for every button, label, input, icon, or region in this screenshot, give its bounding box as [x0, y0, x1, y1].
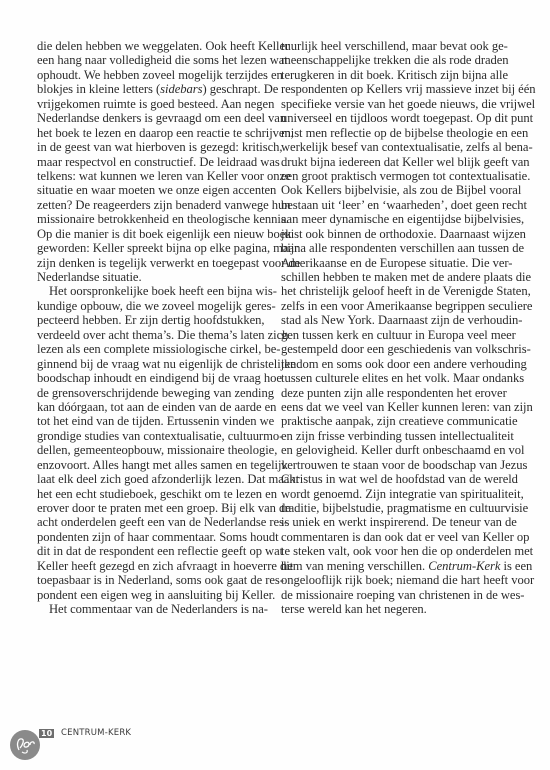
text-line: pondenten zijn of haar commentaar. Soms … [37, 530, 263, 544]
text-line: mist men reflectie op de bijbelse theolo… [281, 126, 513, 140]
text-line: eens dat we veel van Keller kunnen leren… [281, 400, 513, 414]
text-line: pecteerd hebben. Er zijn dertig hoofdstu… [37, 313, 263, 327]
text-line: Christus in wat wel de hoofdstad van de … [281, 472, 513, 486]
book-page: die delen hebben we weggelaten. Ook heef… [0, 0, 550, 770]
running-head: CENTRUM-KERK [61, 728, 131, 738]
text-line: dellen, gemeenteopbouw, missionaire theo… [37, 443, 263, 457]
text-line: Keller heeft gezegd en zich afvraagt in … [37, 559, 263, 573]
text-line: boodschap inhoudt en eindigend bij de vr… [37, 371, 263, 385]
text-line: blokjes in kleine letters (sidebars) ges… [37, 82, 263, 96]
text-line: het een echt studieboek, geschikt om te … [37, 487, 263, 501]
bol-watermark-icon [10, 730, 40, 760]
text-line: ophoudt. We hebben zoveel mogelijk terzi… [37, 68, 263, 82]
text-line: ginnend bij de vraag wat nu eigenlijk de… [37, 357, 263, 371]
text-line: te steken valt, ook voor hen die op onde… [281, 544, 513, 558]
text-line: tot het eind van de tijden. Ertussenin v… [37, 414, 263, 428]
text-line: schillen hebben te maken met de andere p… [281, 270, 513, 284]
text-line: meenschappelijke trekken die als rode dr… [281, 53, 513, 67]
text-line: lezen als een complete missiologische ci… [37, 342, 263, 356]
text-fragment: blokjes in kleine letters ( [37, 82, 160, 96]
text-line: die delen hebben we weggelaten. Ook heef… [37, 39, 263, 53]
text-line: kan dóórgaan, tot aan de einden van de a… [37, 400, 263, 414]
text-line: respondenten op Kellers vrij massieve in… [281, 82, 513, 96]
text-line: erover door te praten met een groep. Bij… [37, 501, 263, 515]
text-line: en zijn frisse verbinding tussen intelle… [281, 429, 513, 443]
text-line: terse wereld kan het negeren. [281, 602, 513, 616]
text-line: zelfs in een voor Amerikaanse begrippen … [281, 299, 513, 313]
text-line: gestempeld door een geschiedenis van vol… [281, 342, 513, 356]
italic-term: sidebars [160, 82, 202, 96]
text-line: deze punten zijn alle respondenten het e… [281, 386, 513, 400]
text-line: Op die manier is dit boek eigenlijk een … [37, 227, 263, 241]
text-line: bijna alle respondenten verschillen aan … [281, 241, 513, 255]
text-line: missionaire betrokkenheid en theologisch… [37, 212, 263, 226]
text-line: wordt genoemd. Zijn integratie van spiri… [281, 487, 513, 501]
text-line: tussen culturele elites en het volk. Maa… [281, 371, 513, 385]
text-line: bestaan uit ‘leer’ en ‘waarheden’, doet … [281, 198, 513, 212]
text-line: tuurlijk heel verschillend, maar bevat o… [281, 39, 513, 53]
text-line: Amerikaanse en de Europese situatie. Die… [281, 256, 513, 270]
text-line: stad als New York. Daarnaast zijn de ver… [281, 313, 513, 327]
text-line: Nederlandse denkers is gevraagd om een d… [37, 111, 263, 125]
text-line: dit in dat de respondent een reflectie g… [37, 544, 263, 558]
left-text-column: die delen hebben we weggelaten. Ook heef… [37, 39, 263, 617]
text-line: aan meer dynamische en eigentijdse bijbe… [281, 212, 513, 226]
text-line: ongelooflijk rijk boek; niemand die hart… [281, 573, 513, 587]
text-line: het boek te lezen en daarop een reactie … [37, 126, 263, 140]
text-line: de missionaire roeping van christenen in… [281, 588, 513, 602]
text-line: en gelovigheid. Keller durft onbeschaamd… [281, 443, 513, 457]
text-fragment: ) geschrapt. De [202, 82, 278, 96]
text-line: maar respectvol en constructief. De leid… [37, 155, 263, 169]
text-line: situatie en waar moeten we onze eigen ac… [37, 183, 263, 197]
text-line: drukt bijna iedereen dat Keller wel blij… [281, 155, 513, 169]
text-line: werkelijk besef van contextualisatie, ze… [281, 140, 513, 154]
text-line: kundige opbouw, die we zoveel mogelijk g… [37, 299, 263, 313]
text-line: hem van mening verschillen. Centrum-Kerk… [281, 559, 513, 573]
text-line: pondent een eigen weg in aansluiting bij… [37, 588, 263, 602]
text-line: de grensoverschrijdende beweging van zen… [37, 386, 263, 400]
text-line: een hang naar volledigheid die soms het … [37, 53, 263, 67]
text-line: Nederlandse situatie. [37, 270, 263, 284]
text-line: is uniek en werkt inspirerend. De teneur… [281, 515, 513, 529]
text-line: tendom en soms ook door een andere verho… [281, 357, 513, 371]
text-fragment: hem van mening verschillen. [281, 559, 428, 573]
text-line: het christelijk geloof heeft in de Veren… [281, 284, 513, 298]
italic-book-title: Centrum-Kerk [428, 559, 500, 573]
text-line: Ook Kellers bijbelvisie, als zou de Bijb… [281, 183, 513, 197]
right-text-column: tuurlijk heel verschillend, maar bevat o… [281, 39, 513, 617]
text-line: vrijgekomen ruimte is goed besteed. Aan … [37, 97, 263, 111]
text-line: telkens: wat kunnen we leren van Keller … [37, 169, 263, 183]
paragraph-start-line: Het oorspronkelijke boek heeft een bijna… [37, 284, 263, 298]
text-line: acht onderdelen geeft een van de Nederla… [37, 515, 263, 529]
text-line: toepasbaar is in Nederland, soms ook gaa… [37, 573, 263, 587]
text-line: universeel en tijdloos wordt toegepast. … [281, 111, 513, 125]
text-line: zijn denken is tegelijk verwerkt en toeg… [37, 256, 263, 270]
text-fragment: is een [500, 559, 532, 573]
text-line: geworden: Keller spreekt bijna op elke p… [37, 241, 263, 255]
page-footer: 10 CENTRUM-KERK [10, 725, 310, 765]
paragraph-start-line: Het commentaar van de Nederlanders is na… [37, 602, 263, 616]
text-line: terugkeren in dit boek. Kritisch zijn bi… [281, 68, 513, 82]
text-line: vertrouwen te staan voor de boodschap va… [281, 458, 513, 472]
text-line: verdeeld over acht thema’s. Die thema’s … [37, 328, 263, 342]
text-line: laat elk deel zich goed afzonderlijk lez… [37, 472, 263, 486]
text-line: in de geest van wat hierboven is gezegd:… [37, 140, 263, 154]
text-line: juist ook binnen de orthodoxie. Daarnaas… [281, 227, 513, 241]
text-line: commentaren is dan ook dat er veel van K… [281, 530, 513, 544]
text-line: een groot praktisch vermogen tot context… [281, 169, 513, 183]
page-number: 10 [39, 729, 54, 738]
text-line: gen tussen kerk en cultuur in Europa vee… [281, 328, 513, 342]
text-line: specifieke versie van het goede nieuws, … [281, 97, 513, 111]
text-line: zetten? De reageerders zijn benaderd van… [37, 198, 263, 212]
text-line: traditie, bijbelstudie, pragmatisme en c… [281, 501, 513, 515]
text-line: grondige studies van contextualisatie, c… [37, 429, 263, 443]
text-line: enzovoort. Alles hangt met alles samen e… [37, 458, 263, 472]
text-line: praktische aanpak, zijn creatieve commun… [281, 414, 513, 428]
